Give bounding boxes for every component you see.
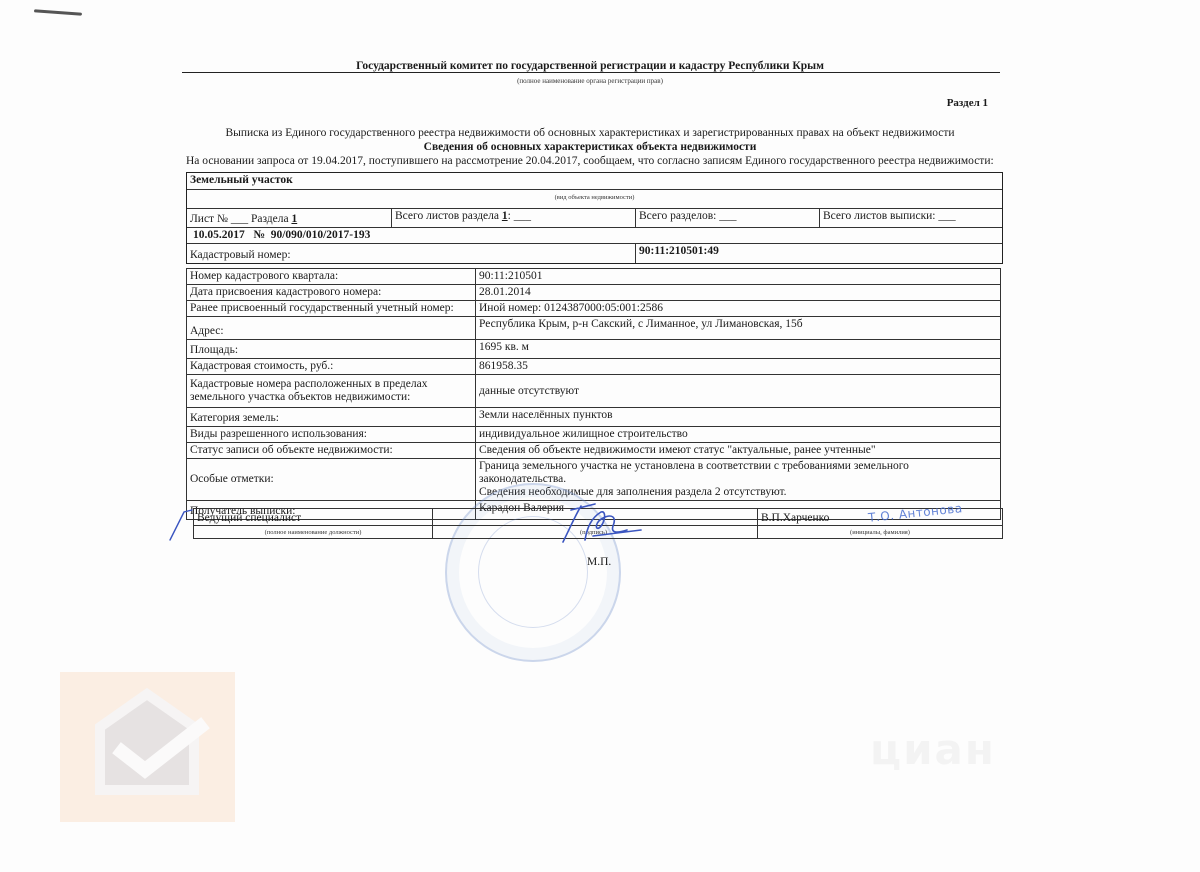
row-value: Сведения об объекте недвижимости имеют с…	[476, 443, 1001, 459]
cian-watermark: циан	[870, 725, 996, 774]
cadastral-number-value: 90:11:210501:49	[635, 244, 1002, 263]
row-value: индивидуальное жилищное строительство	[476, 427, 1001, 443]
date-number-cell: 10.05.2017 № 90/090/010/2017-193	[187, 228, 373, 243]
characteristics-table: Номер кадастрового квартала:90:11:210501…	[186, 268, 1001, 520]
sheet-info-row: Лист № ___ Раздела 1 Всего листов раздел…	[187, 209, 1002, 228]
sheet-number-cell: Лист № ___ Раздела 1	[187, 209, 391, 227]
house-check-logo-watermark	[60, 672, 235, 822]
issue-date: 10.05.2017	[193, 229, 245, 241]
position-caption: (полное наименование должности)	[194, 526, 433, 539]
house-check-icon	[60, 672, 235, 822]
table-row: Площадь:1695 кв. м	[187, 340, 1001, 359]
registry-number: 90/090/010/2017-193	[271, 229, 371, 241]
row-value: данные отсутствуют	[476, 375, 1001, 408]
object-type-caption-row: (вид объекта недвижимости)	[187, 190, 1002, 209]
row-value: 90:11:210501	[476, 269, 1001, 285]
total-sections-value: ___	[719, 210, 736, 222]
row-value: 1695 кв. м	[476, 340, 1001, 359]
total-sheets-cell: Всего листов выписки: ___	[819, 209, 1002, 227]
row-value: 861958.35	[476, 359, 1001, 375]
section-of-value: 1	[291, 213, 297, 225]
row-label: Кадастровые номера расположенных в преде…	[187, 375, 476, 408]
authority-underline	[182, 72, 1000, 73]
total-section-sheets-label: Всего листов раздела	[395, 210, 499, 222]
row-label: Площадь:	[187, 340, 476, 359]
table-row: Ранее присвоенный государственный учетны…	[187, 301, 1001, 317]
table-row: Номер кадастрового квартала:90:11:210501	[187, 269, 1001, 285]
seal-label: М.П.	[587, 556, 611, 568]
table-row: Категория земель:Земли населённых пункто…	[187, 408, 1001, 427]
row-label: Дата присвоения кадастрового номера:	[187, 285, 476, 301]
sheet-label: Лист №	[190, 213, 228, 225]
position-value: Ведущий специалист	[194, 509, 433, 526]
sheet-value: ___	[231, 213, 248, 225]
special-note-1: Граница земельного участка не установлен…	[479, 460, 997, 486]
row-label: Виды разрешенного использования:	[187, 427, 476, 443]
row-label: Номер кадастрового квартала:	[187, 269, 476, 285]
extract-title: Выписка из Единого государственного реес…	[180, 127, 1000, 139]
table-row: Виды разрешенного использования:индивиду…	[187, 427, 1001, 443]
row-label: Кадастровая стоимость, руб.:	[187, 359, 476, 375]
object-type: Земельный участок	[187, 173, 296, 189]
table-row: Кадастровые номера расположенных в преде…	[187, 375, 1001, 408]
row-value: Республика Крым, р-н Сакский, с Лиманное…	[476, 317, 1001, 340]
authority-name: Государственный комитет по государственн…	[180, 60, 1000, 72]
authority-caption: (полное наименование органа регистрации …	[180, 77, 1000, 85]
row-label: Категория земель:	[187, 408, 476, 427]
table-row: Кадастровая стоимость, руб.:861958.35	[187, 359, 1001, 375]
handwritten-signature-icon	[555, 500, 645, 546]
section-sheets-cell: Всего листов раздела 1: ___	[391, 209, 635, 227]
date-number-row: 10.05.2017 № 90/090/010/2017-193	[187, 228, 1002, 244]
total-sheets-label: Всего листов выписки:	[823, 210, 936, 222]
table-row: Статус записи об объекте недвижимости:Св…	[187, 443, 1001, 459]
row-label: Особые отметки:	[187, 459, 476, 501]
table-row: Адрес:Республика Крым, р-н Сакский, с Ли…	[187, 317, 1001, 340]
table-row: Особые отметки: Граница земельного участ…	[187, 459, 1001, 501]
object-type-row: Земельный участок	[187, 173, 1002, 190]
staple-mark	[34, 9, 82, 15]
header-block: Земельный участок (вид объекта недвижимо…	[186, 172, 1003, 264]
total-sections-label: Всего разделов:	[639, 210, 716, 222]
total-sections-cell: Всего разделов: ___	[635, 209, 819, 227]
row-value: Земли населённых пунктов	[476, 408, 1001, 427]
section-of-label: Раздела	[251, 213, 289, 225]
row-label: Адрес:	[187, 317, 476, 340]
row-label: Ранее присвоенный государственный учетны…	[187, 301, 476, 317]
section-label: Раздел 1	[947, 97, 988, 109]
number-sign: №	[253, 229, 265, 241]
cadastral-number-row: Кадастровый номер: 90:11:210501:49	[187, 244, 1002, 263]
row-label: Статус записи об объекте недвижимости:	[187, 443, 476, 459]
extract-subtitle: Сведения об основных характеристиках объ…	[180, 141, 1000, 153]
object-type-caption: (вид объекта недвижимости)	[187, 190, 1002, 208]
row-value: 28.01.2014	[476, 285, 1001, 301]
total-sheets-value: ___	[938, 210, 955, 222]
cadastral-number-label: Кадастровый номер:	[187, 244, 635, 263]
pen-slash-mark-icon	[168, 508, 198, 542]
name-caption: (инициалы, фамилия)	[758, 526, 1003, 539]
request-line: На основании запроса от 19.04.2017, пост…	[186, 155, 1006, 167]
total-section-sheets-suffix: : ___	[508, 210, 531, 222]
row-value: Иной номер: 0124387000:05:001:2586	[476, 301, 1001, 317]
table-row: Дата присвоения кадастрового номера:28.0…	[187, 285, 1001, 301]
